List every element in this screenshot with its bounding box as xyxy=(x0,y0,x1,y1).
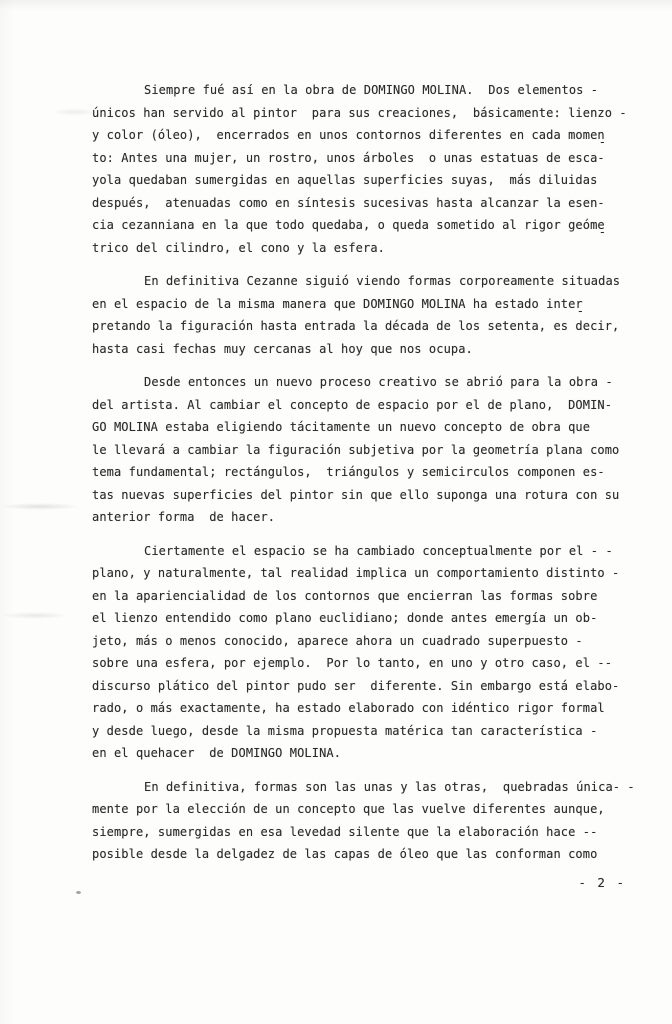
text-line: sobre una esfera, por ejemplo. Por lo ta… xyxy=(92,652,632,675)
text-line: to: Antes una mujer, un rostro, unos árb… xyxy=(92,147,632,170)
text-line: mente por la elección de un concepto que… xyxy=(92,798,632,821)
continuation-hyphen: - xyxy=(599,135,606,149)
text-line: Ciertamente el espacio se ha cambiado co… xyxy=(92,540,632,563)
text-line: tas nuevas superficies del pintor sin qu… xyxy=(92,484,632,507)
text-line: yola quedaban sumergidas en aquellas sup… xyxy=(92,169,632,192)
text-line: en el quehacer de DOMINGO MOLINA. xyxy=(92,742,632,765)
text-line: tema fundamental; rectángulos, triángulo… xyxy=(92,461,632,484)
paragraph: Ciertamente el espacio se ha cambiado co… xyxy=(92,540,632,765)
text-line: cia cezanniana en la que todo quedaba, o… xyxy=(92,214,632,237)
text-line: el lienzo entendido como plano euclidian… xyxy=(92,607,632,630)
continuation-hyphen: - xyxy=(599,225,606,239)
text-line: hasta casi fechas muy cercanas al hoy qu… xyxy=(92,338,632,361)
text-line: únicos han servido al pintor para sus cr… xyxy=(92,102,632,125)
text-line: anterior forma de hacer. xyxy=(92,506,632,529)
scan-artifact-speck xyxy=(76,891,81,894)
document-page: Siempre fué así en la obra de DOMINGO MO… xyxy=(0,0,672,1024)
continuation-hyphen: - xyxy=(577,304,584,318)
paragraph: Siempre fué así en la obra de DOMINGO MO… xyxy=(92,79,632,259)
text-line: trico del cilindro, el cono y la esfera. xyxy=(92,237,632,260)
text-line: pretando la figuración hasta entrada la … xyxy=(92,315,632,338)
text-line: del artista. Al cambiar el concepto de e… xyxy=(92,394,632,417)
paragraph: En definitiva Cezanne siguió viendo form… xyxy=(92,270,632,360)
text-line: plano, y naturalmente, tal realidad impl… xyxy=(92,562,632,585)
text-line: le llevará a cambiar la figuración subje… xyxy=(92,439,632,462)
scan-artifact-streak xyxy=(0,612,70,619)
text-line: GO MOLINA estaba eligiendo tácitamente u… xyxy=(92,416,632,439)
text-line: discurso plático del pintor pudo ser dif… xyxy=(92,675,632,698)
text-line: después, atenuadas como en síntesis suce… xyxy=(92,192,632,215)
text-line: Desde entonces un nuevo proceso creativo… xyxy=(92,371,632,394)
scan-artifact-streak xyxy=(0,503,80,510)
text-line: En definitiva, formas son las unas y las… xyxy=(92,776,632,799)
text-line: posible desde la delgadez de las capas d… xyxy=(92,843,632,866)
text-line: en la apariencialidad de los contornos q… xyxy=(92,585,632,608)
text-line: jeto, más o menos conocido, aparece ahor… xyxy=(92,630,632,653)
text-line: En definitiva Cezanne siguió viendo form… xyxy=(92,270,632,293)
text-line: siempre, sumergidas en esa levedad silen… xyxy=(92,821,632,844)
paragraph: Desde entonces un nuevo proceso creativo… xyxy=(92,371,632,529)
text-line: y color (óleo), encerrados en unos conto… xyxy=(92,124,632,147)
text-line: rado, o más exactamente, ha estado elabo… xyxy=(92,697,632,720)
paragraph: En definitiva, formas son las unas y las… xyxy=(92,776,632,866)
text-line: en el espacio de la misma manera que DOM… xyxy=(92,293,632,316)
document-text: Siempre fué así en la obra de DOMINGO MO… xyxy=(92,79,632,877)
page-number: - 2 - xyxy=(578,872,626,894)
text-line: y desde luego, desde la misma propuesta … xyxy=(92,720,632,743)
text-line: Siempre fué así en la obra de DOMINGO MO… xyxy=(92,79,632,102)
